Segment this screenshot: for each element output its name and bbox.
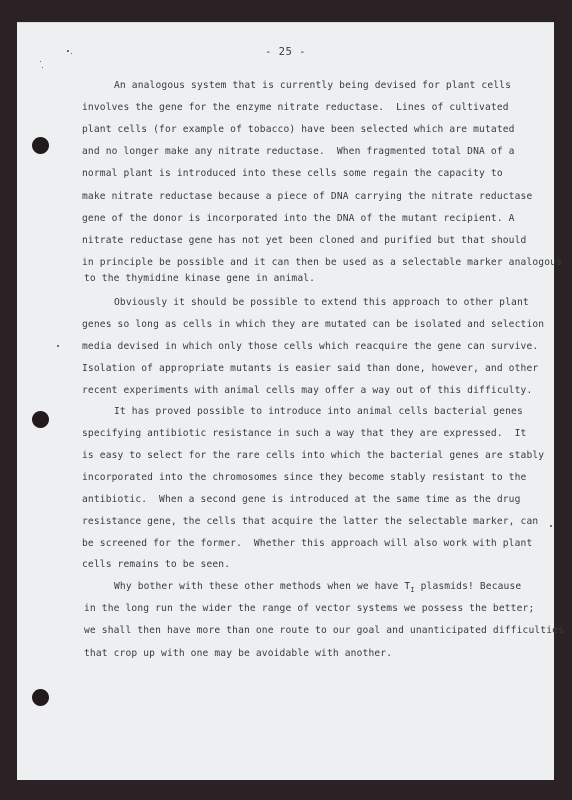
paragraph-1-line: normal plant is introduced into these ce… xyxy=(82,168,503,179)
paragraph-1-line: and no longer make any nitrate reductase… xyxy=(82,146,515,157)
punch-hole-bottom xyxy=(32,689,49,706)
paragraph-1-line: plant cells (for example of tobacco) hav… xyxy=(82,124,515,135)
punch-hole-middle xyxy=(32,411,49,428)
paragraph-3-line: cells remains to be seen. xyxy=(82,559,230,570)
paragraph-2-line: Isolation of appropriate mutants is easi… xyxy=(82,363,538,374)
speck-mark xyxy=(57,345,59,347)
paragraph-4-line: in the long run the wider the range of v… xyxy=(84,603,534,614)
speck-mark xyxy=(550,525,552,527)
speck-mark xyxy=(42,67,43,68)
paragraph-4-text: Why bother with these other methods when… xyxy=(114,581,410,592)
punch-hole-top xyxy=(32,137,49,154)
paragraph-2-line: genes so long as cells in which they are… xyxy=(82,319,544,330)
paragraph-4-line: we shall then have more than one route t… xyxy=(84,625,564,636)
paragraph-3-line: antibiotic. When a second gene is introd… xyxy=(82,494,521,505)
paragraph-2-line: Obviously it should be possible to exten… xyxy=(114,297,529,308)
speck-mark xyxy=(40,61,41,62)
page-number: - 25 - xyxy=(17,46,554,58)
document-page: - 25 - An analogous system that is curre… xyxy=(17,22,554,780)
paragraph-3-line: be screened for the former. Whether this… xyxy=(82,538,532,549)
paragraph-1-line: involves the gene for the enzyme nitrate… xyxy=(82,102,509,113)
paragraph-1-line: nitrate reductase gene has not yet been … xyxy=(82,235,526,246)
paragraph-1-line: make nitrate reductase because a piece o… xyxy=(82,191,532,202)
paragraph-2-line: media devised in which only those cells … xyxy=(82,341,538,352)
paragraph-3-line: specifying antibiotic resistance in such… xyxy=(82,428,526,439)
paragraph-2-line: recent experiments with animal cells may… xyxy=(82,385,532,396)
paragraph-4-line: Why bother with these other methods when… xyxy=(114,581,521,594)
paragraph-3-line: is easy to select for the rare cells int… xyxy=(82,450,544,461)
paragraph-1-line: in principle be possible and it can then… xyxy=(82,257,562,268)
paragraph-3-line: resistance gene, the cells that acquire … xyxy=(82,516,538,527)
paragraph-1-line: gene of the donor is incorporated into t… xyxy=(82,213,515,224)
paragraph-3-line: incorporated into the chromosomes since … xyxy=(82,472,526,483)
paragraph-4-text: plasmids! Because xyxy=(415,581,522,592)
paragraph-3-line: It has proved possible to introduce into… xyxy=(114,406,523,417)
paragraph-4-line: that crop up with one may be avoidable w… xyxy=(84,648,392,659)
paragraph-1-line: to the thymidine kinase gene in animal. xyxy=(84,273,315,284)
paragraph-1-line: An analogous system that is currently be… xyxy=(114,80,511,91)
